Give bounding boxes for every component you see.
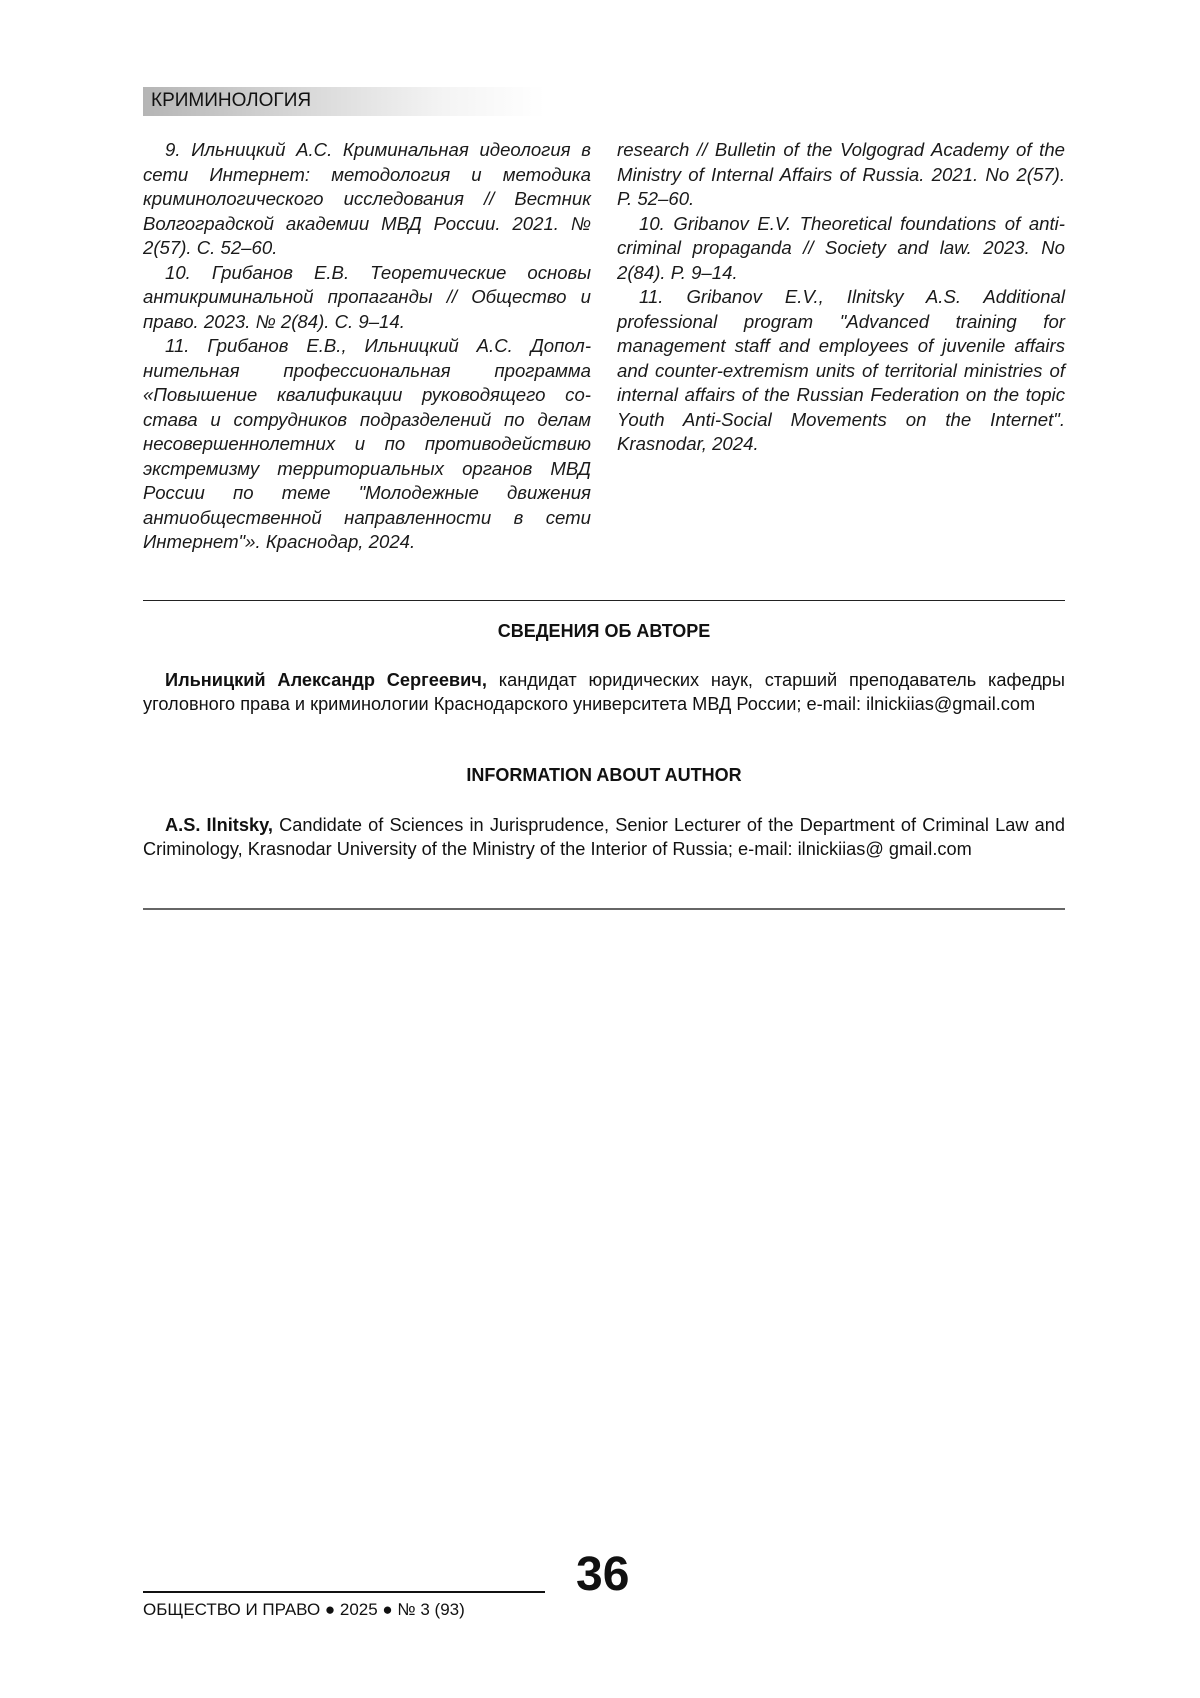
footer-rule (143, 1591, 545, 1593)
reference-text: Грибанов Е.В. Теоретические основы антик… (143, 262, 591, 332)
references-column-en: research // Bulletin of the Volgograd Ac… (617, 138, 1065, 457)
reference-number: 9. (165, 139, 181, 160)
references-column-ru: 9. Ильницкий А.С. Криминальная идеология… (143, 138, 591, 555)
section-title: КРИМИНОЛОГИЯ (151, 90, 311, 112)
journal-issue-info: ОБЩЕСТВО И ПРАВО ● 2025 ● № 3 (93) (143, 1600, 465, 1620)
author-info-ru: Ильницкий Александр Сергеевич, кандидат … (143, 668, 1065, 716)
reference-continuation: research // Bulletin of the Volgograd Ac… (617, 138, 1065, 212)
reference-text: Gribanov E.V. Theoretical foundations of… (617, 213, 1065, 283)
reference-number: 11. (639, 286, 663, 307)
reference-number: 11. (165, 335, 189, 356)
reference-item: 11. Грибанов Е.В., Ильницкий А.С. Допол­… (143, 334, 591, 555)
section-header-bar: КРИМИНОЛОГИЯ (143, 87, 545, 116)
reference-number: 10. (639, 213, 665, 234)
reference-item: 10. Gribanov E.V. Theoretical foundation… (617, 212, 1065, 286)
reference-text: Ильницкий А.С. Криминальная идеология в … (143, 139, 591, 258)
reference-text: Gribanov E.V., Ilnitsky A.S. Additional … (617, 286, 1065, 454)
author-info-heading-ru: СВЕДЕНИЯ ОБ АВТОРЕ (143, 621, 1065, 642)
author-info-en: A.S. Ilnitsky, Candidate of Sciences in … (143, 813, 1065, 861)
author-info-heading-en: INFORMATION ABOUT AUTHOR (143, 765, 1065, 786)
reference-text: Грибанов Е.В., Ильницкий А.С. Допол­ните… (143, 335, 591, 552)
reference-item: 10. Грибанов Е.В. Теоретические основы а… (143, 261, 591, 335)
page-number: 36 (576, 1547, 629, 1602)
divider-top (143, 600, 1065, 601)
author-name-en: A.S. Ilnitsky, (165, 815, 273, 835)
author-name-ru: Ильницкий Александр Сергеевич, (165, 670, 487, 690)
author-description-en: Candidate of Sciences in Jurisprudence, … (143, 815, 1065, 859)
divider-bottom (143, 908, 1065, 910)
reference-item: 9. Ильницкий А.С. Криминальная идеология… (143, 138, 591, 261)
reference-number: 10. (165, 262, 191, 283)
reference-item: 11. Gribanov E.V., Ilnitsky A.S. Additio… (617, 285, 1065, 457)
